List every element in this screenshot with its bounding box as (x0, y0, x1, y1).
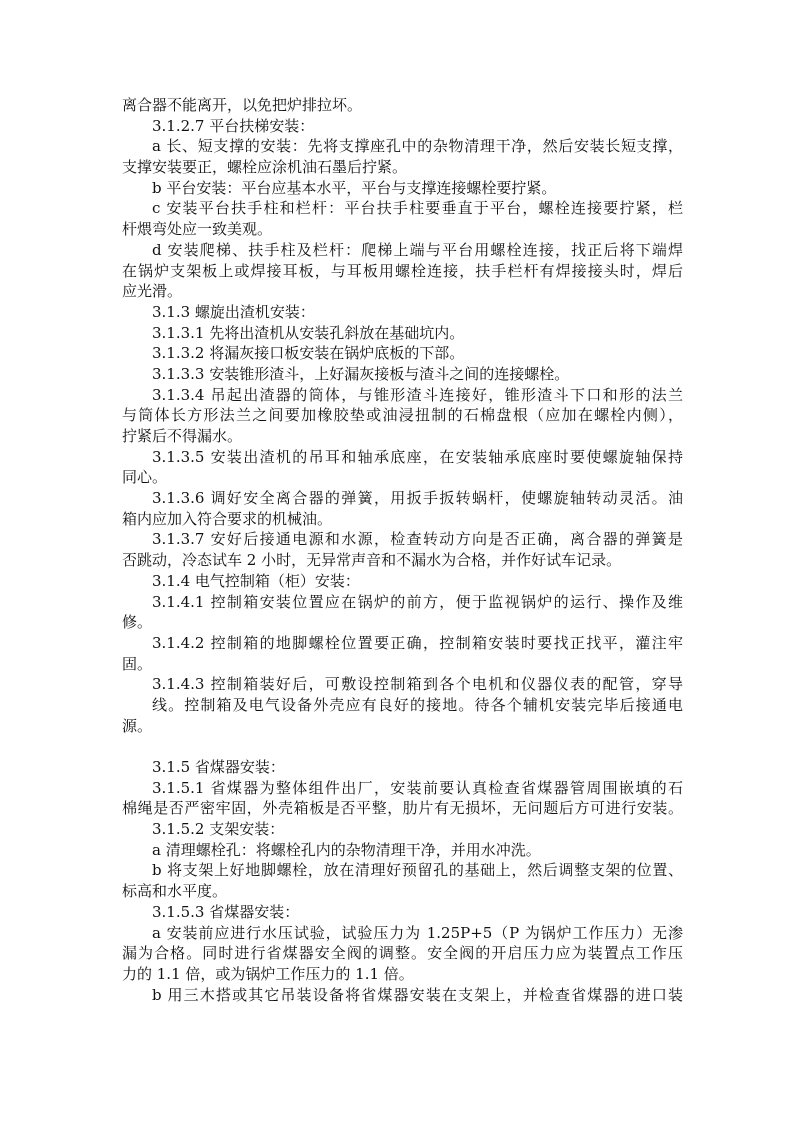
section-heading: 3.1.4 电气控制箱（柜）安装： (122, 571, 683, 592)
text-line: 3.1.4.3 控制箱装好后，可敷设控制箱到各个电机和仪器仪表的配管，穿导 (122, 674, 683, 695)
text-line: 3.1.3.6 调好安全离合器的弹簧，用扳手扳转蜗杆，使螺旋轴转动灵活。油 (122, 488, 683, 509)
heading-text: 3.1.4 电气控制箱（柜）安装： (122, 571, 683, 592)
paragraph: b 平台安装：平台应基本水平，平台与支撑连接螺栓要拧紧。 (122, 178, 683, 199)
paragraph: 3.1.5.1 省煤器为整体组件出厂，安装前要认真检查省煤器管周围嵌填的石 棉绳… (122, 778, 683, 819)
text-line: 3.1.3.4 吊起出渣器的筒体，与锥形渣斗连接好，锥形渣斗下口和形的法兰 (122, 385, 683, 406)
section-heading: 3.1.3 螺旋出渣机安装： (122, 302, 683, 323)
text-line: 力的 1.1 倍，或为锅炉工作压力的 1.1 倍。 (122, 964, 683, 985)
paragraph: b 用三木搭或其它吊装设备将省煤器安装在支架上，并检查省煤器的进口装 (122, 985, 683, 1006)
paragraph: a 清理螺栓孔：将螺栓孔内的杂物清理干净，并用水冲洗。 (122, 840, 683, 861)
paragraph: c 安装平台扶手柱和栏杆：平台扶手柱要垂直于平台，螺栓连接要拧紧，栏 杆煨弯处应… (122, 198, 683, 239)
section-heading: 3.1.5.2 支架安装： (122, 819, 683, 840)
text-line: 线。控制箱及电气设备外壳应有良好的接地。待各个辅机安装完毕后接通电 (122, 695, 683, 716)
text-line: 应光滑。 (122, 281, 683, 302)
text-line: 漏为合格。同时进行省煤器安全阀的调整。安全阀的开启压力应为装置点工作压 (122, 943, 683, 964)
heading-text: 3.1.2.7 平台扶梯安装： (122, 116, 683, 137)
paragraph: 3.1.4.3 控制箱装好后，可敷设控制箱到各个电机和仪器仪表的配管，穿导 线。… (122, 674, 683, 736)
paragraph: 3.1.4.1 控制箱安装位置应在锅炉的前方，便于监视锅炉的运行、操作及维 修。 (122, 592, 683, 633)
text-line: 在锅炉支架板上或焊接耳板，与耳板用螺栓连接，扶手栏杆有焊接接头时，焊后 (122, 261, 683, 282)
text-line: a 长、短支撑的安装：先将支撑座孔中的杂物清理干净，然后安装长短支撑， (122, 136, 683, 157)
paragraph: 3.1.3.1 先将出渣机从安装孔斜放在基础坑内。 (122, 323, 683, 344)
text-line: d 安装爬梯、扶手柱及栏杆：爬梯上端与平台用螺栓连接，找正后将下端焊 (122, 240, 683, 261)
text-line: 3.1.3.7 安好后接通电源和水源，检查转动方向是否正确，离合器的弹簧是 (122, 529, 683, 550)
paragraph: 3.1.3.5 安装出渣机的吊耳和轴承底座，在安装轴承底座时要使螺旋轴保持 同心… (122, 447, 683, 488)
heading-text: 3.1.5 省煤器安装： (122, 757, 683, 778)
text-line: a 安装前应进行水压试验，试验压力为 1.25P+5（P 为锅炉工作压力）无渗 (122, 923, 683, 944)
paragraph: 离合器不能离开，以免把炉排拉坏。 (122, 95, 683, 116)
section-heading: 3.1.5.3 省煤器安装： (122, 902, 683, 923)
text-line: c 安装平台扶手柱和栏杆：平台扶手柱要垂直于平台，螺栓连接要拧紧，栏 (122, 198, 683, 219)
text-line: 源。 (122, 716, 683, 737)
text-line: 同心。 (122, 467, 683, 488)
paragraph: b 将支架上好地脚螺栓，放在清理好预留孔的基础上，然后调整支架的位置、 标高和水… (122, 860, 683, 901)
section-heading: 3.1.5 省煤器安装： (122, 757, 683, 778)
paragraph: a 安装前应进行水压试验，试验压力为 1.25P+5（P 为锅炉工作压力）无渗 … (122, 923, 683, 985)
text-line: 3.1.4.1 控制箱安装位置应在锅炉的前方，便于监视锅炉的运行、操作及维 (122, 592, 683, 613)
paragraph: 3.1.3.7 安好后接通电源和水源，检查转动方向是否正确，离合器的弹簧是 否跳… (122, 529, 683, 570)
section-heading: 3.1.2.7 平台扶梯安装： (122, 116, 683, 137)
text-line: 固。 (122, 654, 683, 675)
text-line: 否跳动，冷态试车 2 小时，无异常声音和不漏水为合格，并作好试车记录。 (122, 550, 683, 571)
paragraph: 3.1.3.3 安装锥形渣斗，上好漏灰接板与渣斗之间的连接螺栓。 (122, 364, 683, 385)
blank-line (122, 736, 683, 757)
text-line: 修。 (122, 612, 683, 633)
paragraph: 3.1.3.6 调好安全离合器的弹簧，用扳手扳转蜗杆，使螺旋轴转动灵活。油 箱内… (122, 488, 683, 529)
text-line: b 用三木搭或其它吊装设备将省煤器安装在支架上，并检查省煤器的进口装 (122, 985, 683, 1006)
heading-text: 3.1.5.3 省煤器安装： (122, 902, 683, 923)
document-page: 离合器不能离开，以免把炉排拉坏。 3.1.2.7 平台扶梯安装： a 长、短支撑… (0, 0, 793, 1122)
text-line: b 平台安装：平台应基本水平，平台与支撑连接螺栓要拧紧。 (122, 178, 683, 199)
text-line: 标高和水平度。 (122, 881, 683, 902)
paragraph: 3.1.3.4 吊起出渣器的筒体，与锥形渣斗连接好，锥形渣斗下口和形的法兰 与筒… (122, 385, 683, 447)
text-line: a 清理螺栓孔：将螺栓孔内的杂物清理干净，并用水冲洗。 (122, 840, 683, 861)
text-line: 3.1.4.2 控制箱的地脚螺栓位置要正确，控制箱安装时要找正找平，灌注牢 (122, 633, 683, 654)
text-line: b 将支架上好地脚螺栓，放在清理好预留孔的基础上，然后调整支架的位置、 (122, 860, 683, 881)
paragraph: 3.1.4.2 控制箱的地脚螺栓位置要正确，控制箱安装时要找正找平，灌注牢 固。 (122, 633, 683, 674)
heading-text: 3.1.3 螺旋出渣机安装： (122, 302, 683, 323)
heading-text: 3.1.5.2 支架安装： (122, 819, 683, 840)
text-line: 拧紧后不得漏水。 (122, 426, 683, 447)
text-line: 杆煨弯处应一致美观。 (122, 219, 683, 240)
text-line: 3.1.3.2 将漏灰接口板安装在锅炉底板的下部。 (122, 343, 683, 364)
text-line: 支撑安装要正，螺栓应涂机油石墨后拧紧。 (122, 157, 683, 178)
text-line: 与筒体长方形法兰之间要加橡胶垫或油浸扭制的石棉盘根（应加在螺栓内侧）， (122, 405, 683, 426)
text-line: 3.1.3.1 先将出渣机从安装孔斜放在基础坑内。 (122, 323, 683, 344)
text-line: 箱内应加入符合要求的机械油。 (122, 509, 683, 530)
text-line: 3.1.3.3 安装锥形渣斗，上好漏灰接板与渣斗之间的连接螺栓。 (122, 364, 683, 385)
paragraph: a 长、短支撑的安装：先将支撑座孔中的杂物清理干净，然后安装长短支撑， 支撑安装… (122, 136, 683, 177)
text-line: 离合器不能离开，以免把炉排拉坏。 (122, 95, 683, 116)
document-body: 离合器不能离开，以免把炉排拉坏。 3.1.2.7 平台扶梯安装： a 长、短支撑… (122, 95, 683, 1005)
text-line: 棉绳是否严密牢固，外壳箱板是否平整，肋片有无损坏，无问题后方可进行安装。 (122, 798, 683, 819)
text-line: 3.1.5.1 省煤器为整体组件出厂，安装前要认真检查省煤器管周围嵌填的石 (122, 778, 683, 799)
paragraph: 3.1.3.2 将漏灰接口板安装在锅炉底板的下部。 (122, 343, 683, 364)
paragraph: d 安装爬梯、扶手柱及栏杆：爬梯上端与平台用螺栓连接，找正后将下端焊 在锅炉支架… (122, 240, 683, 302)
text-line: 3.1.3.5 安装出渣机的吊耳和轴承底座，在安装轴承底座时要使螺旋轴保持 (122, 447, 683, 468)
